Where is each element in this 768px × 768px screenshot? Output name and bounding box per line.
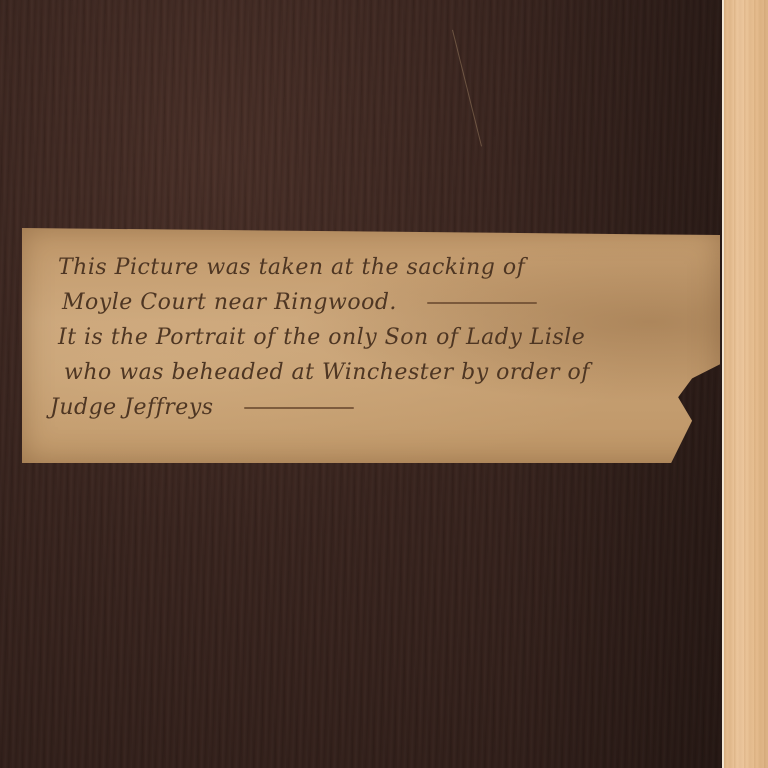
- inscription-line: This Picture was taken at the sacking of: [48, 250, 708, 285]
- inscription-line-text: Moyle Court near Ringwood.: [62, 290, 397, 315]
- pen-flourish: [427, 302, 537, 304]
- inscription-line-text: Judge Jeffreys: [50, 395, 214, 420]
- inscription-line: who was beheaded at Winchester by order …: [48, 355, 708, 390]
- pen-flourish: [244, 407, 354, 409]
- frame-strip: [722, 0, 768, 768]
- inscription-line: Moyle Court near Ringwood.: [48, 285, 708, 320]
- handwritten-inscription: This Picture was taken at the sacking of…: [48, 250, 708, 425]
- inscription-line: Judge Jeffreys: [48, 390, 708, 425]
- inscription-line: It is the Portrait of the only Son of La…: [48, 320, 708, 355]
